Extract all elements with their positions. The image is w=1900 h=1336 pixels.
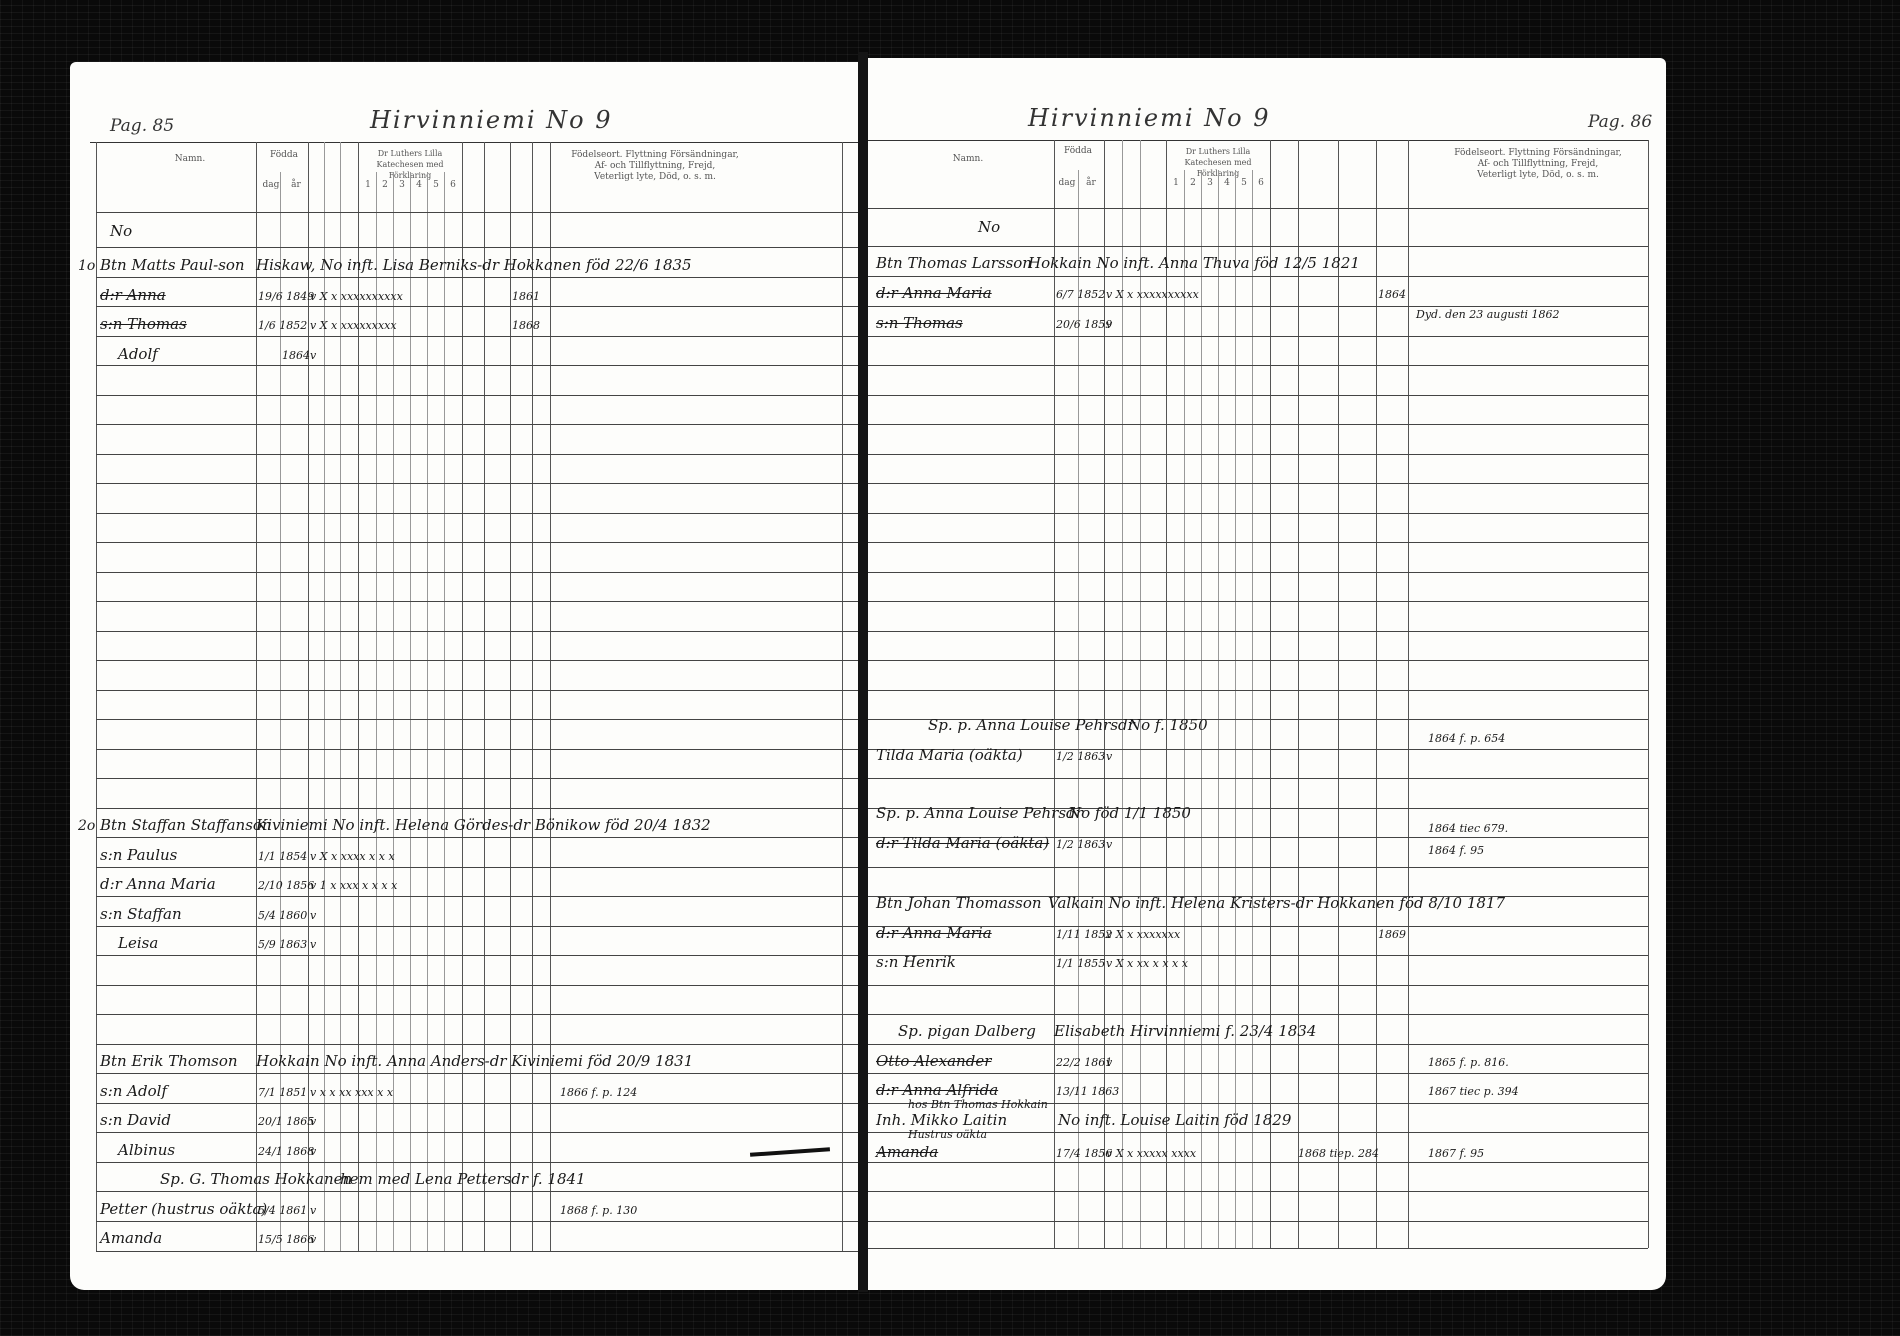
remark-note: 1864 f. p. 654 <box>1428 732 1505 745</box>
household-head-name: Btn Thomas Larsson <box>876 254 1032 272</box>
birth-date: 1/2 1863 <box>1056 750 1105 763</box>
remarks-line-2: Af- och Tillflyttning, Frejd, <box>1438 159 1638 170</box>
person-name: s:n Staffan <box>100 905 182 923</box>
reading-marks: v X x xx x x x x <box>1106 957 1188 970</box>
reading-col-3: 3 <box>394 180 410 191</box>
reading-marks: v X x xxxxx xxxx <box>1106 1147 1196 1160</box>
header-bottom-rule <box>96 212 862 213</box>
reading-marks: v <box>310 1115 316 1128</box>
reading-col-4: 4 <box>411 180 427 191</box>
remark-extra: 1868 tiep. 284 <box>1298 1147 1379 1160</box>
household-head-details: Hokkain No inft. Anna Anders-dr Kiviniem… <box>256 1052 693 1070</box>
remark-note: 1864 f. 95 <box>1428 844 1484 857</box>
birth-date: 20/1 1865 <box>258 1115 314 1128</box>
birth-date: 13/11 1863 <box>1056 1085 1119 1098</box>
col-birth-year: år <box>284 180 308 191</box>
reading-marks: v <box>1106 838 1112 851</box>
birth-date: 1/1 1855 <box>1056 957 1105 970</box>
reading-col-2: 2 <box>377 180 393 191</box>
household-head-details: Valkain No inft. Helena Kristers-dr Hokk… <box>1048 894 1505 912</box>
person-name: s:n Thomas <box>876 314 963 332</box>
year-out: 1868 <box>512 319 540 332</box>
year-out: 1864 <box>1378 288 1406 301</box>
reading-col-6: 6 <box>445 180 461 191</box>
header-rule <box>868 140 1648 141</box>
person-name: s:n Henrik <box>876 953 956 971</box>
remark-note: 1866 f. p. 124 <box>560 1086 637 1099</box>
household-head-details: Hokkain No inft. Anna Thuva föd 12/5 182… <box>1028 254 1360 272</box>
rows-label: No <box>978 218 1000 236</box>
remark-note: 1867 tiec p. 394 <box>1428 1085 1519 1098</box>
reading-marks: v 1 x xxx x x x x <box>310 879 397 892</box>
person-name: s:n Thomas <box>100 315 187 333</box>
remarks-line-3: Veterligt lyte, Död, o. s. m. <box>555 172 755 183</box>
remark-note: 1867 f. 95 <box>1428 1147 1484 1160</box>
person-name: Leisa <box>118 934 158 952</box>
person-name: s:n Adolf <box>100 1082 167 1100</box>
person-name: Adolf <box>118 345 158 363</box>
birth-date: 5/4 1860 <box>258 909 307 922</box>
birth-date: 1864 <box>282 349 310 362</box>
remark-note: 1865 f. p. 816. <box>1428 1056 1509 1069</box>
person-name: d:r Tilda Maria (oäkta) <box>876 834 1049 852</box>
birth-date: 20/6 1859 <box>1056 318 1112 331</box>
person-name: s:n Paulus <box>100 846 177 864</box>
birth-date: 5/9 1863 <box>258 938 307 951</box>
person-name: d:r Anna Maria <box>876 924 992 942</box>
remark-note: 1868 f. p. 130 <box>560 1204 637 1217</box>
col-birth-year: år <box>1080 178 1102 189</box>
reading-marks: v <box>310 1145 316 1158</box>
right-village-heading: Hirvinniemi No 9 <box>1028 104 1271 132</box>
grid-line <box>510 142 511 1252</box>
reading-col-2: 2 <box>1185 178 1201 189</box>
sub-note: hos Btn Thomas Hokkain <box>908 1098 1048 1111</box>
household-head-details: Hiskaw, No inft. Lisa Berniks-dr Hokkane… <box>256 256 692 274</box>
col-birth-day: dag <box>260 180 282 191</box>
col-birth-header: Födda <box>260 150 308 161</box>
household-head-details: Elisabeth Hirvinniemi f. 23/4 1834 <box>1054 1022 1316 1040</box>
reading-col-4: 4 <box>1219 178 1235 189</box>
reading-marks: v X x xxxxxxx <box>1106 928 1180 941</box>
grid-line <box>532 142 533 1252</box>
birth-date: 22/2 1861 <box>1056 1056 1112 1069</box>
birth-date: 5/4 1861 <box>258 1204 307 1217</box>
household-number: 2o <box>78 818 95 834</box>
reading-marks: v <box>1106 1056 1112 1069</box>
person-name: Albinus <box>118 1141 175 1159</box>
remarks-line-2: Af- och Tillflyttning, Frejd, <box>555 161 755 172</box>
right-page: Hirvinniemi No 9 Pag. 86 Namn. Födda dag… <box>868 58 1666 1290</box>
household-head-name: Btn Matts Paul-son <box>100 256 245 274</box>
birth-date: 1/1 1854 <box>258 850 307 863</box>
book-gutter <box>858 52 868 1292</box>
remarks-line-3: Veterligt lyte, Död, o. s. m. <box>1438 170 1638 181</box>
household-number: 1o <box>78 258 95 274</box>
remarks-line-1: Födelseort. Flyttning Försändningar, <box>555 150 755 161</box>
birth-date: 1/6 1852 <box>258 319 307 332</box>
reading-marks: v <box>310 349 316 362</box>
left-village-heading: Hirvinniemi No 9 <box>370 106 613 134</box>
household-head-details: No föd 1/1 1850 <box>1068 804 1191 822</box>
household-head-name: Sp. pigan Dalberg <box>898 1022 1036 1040</box>
birth-date: 6/7 1852 <box>1056 288 1105 301</box>
reading-col-3: 3 <box>1202 178 1218 189</box>
household-head-details: No inft. Louise Laitin föd 1829 <box>1058 1111 1291 1129</box>
reading-marks: v <box>1106 750 1112 763</box>
col-remarks-header: Födelseort. Flyttning Försändningar, Af-… <box>555 150 755 183</box>
header-rule <box>90 142 862 143</box>
col-birth-header: Födda <box>1056 146 1100 157</box>
household-head-details: hem med Lena Pettersdr f. 1841 <box>340 1170 586 1188</box>
col-remarks-header: Födelseort. Flyttning Försändningar, Af-… <box>1438 148 1638 181</box>
ink-scribble <box>750 1147 830 1157</box>
reading-marks: v <box>310 1233 316 1246</box>
grid-line <box>427 172 428 1252</box>
grid-line <box>550 142 551 1252</box>
grid-line <box>842 142 843 1252</box>
household-head-name: Sp. G. Thomas Hokkanen <box>160 1170 352 1188</box>
grid-line <box>393 172 394 1252</box>
col-name-header: Namn. <box>130 154 250 165</box>
person-name: Petter (hustrus oäkta) <box>100 1200 267 1218</box>
grid-line <box>410 172 411 1252</box>
reading-marks: v x x xx xxx x x <box>310 1086 393 1099</box>
left-page-number: Pag. 85 <box>110 116 174 136</box>
reading-marks: v X x xxxx x x x <box>310 850 395 863</box>
person-name: Otto Alexander <box>876 1052 991 1070</box>
grid-line <box>484 142 485 1252</box>
birth-date: 7/1 1851 <box>258 1086 307 1099</box>
left-page: Pag. 85 Hirvinniemi No 9 Namn. Födda dag… <box>70 62 862 1290</box>
person-name: Amanda <box>876 1143 938 1161</box>
grid-line <box>256 142 257 1252</box>
household-head-details: No f. 1850 <box>1128 716 1208 734</box>
reading-col-5: 5 <box>1236 178 1252 189</box>
birth-date: 1/11 1852 <box>1056 928 1112 941</box>
reading-col-1: 1 <box>360 180 376 191</box>
col-name-header: Namn. <box>908 154 1028 165</box>
person-name: Tilda Maria (oäkta) <box>876 746 1023 764</box>
grid-line <box>96 142 97 1252</box>
household-head-name: Sp. p. Anna Louise Pehrsdr <box>928 716 1135 734</box>
person-name: d:r Anna Alfrida <box>876 1081 998 1099</box>
birth-date: 15/5 1866 <box>258 1233 314 1246</box>
household-head-name: Inh. Mikko Laitin <box>876 1111 1007 1129</box>
year-out: 1869 <box>1378 928 1406 941</box>
year-out: 1861 <box>512 290 540 303</box>
col-birth-day: dag <box>1056 178 1078 189</box>
remark-note: Dyd. den 23 augusti 1862 <box>1416 308 1560 321</box>
person-name: Amanda <box>100 1229 162 1247</box>
person-name: d:r Anna <box>100 286 166 304</box>
right-page-number: Pag. 86 <box>1588 112 1652 132</box>
grid-line <box>444 172 445 1252</box>
remarks-line-1: Födelseort. Flyttning Försändningar, <box>1438 148 1638 159</box>
household-head-name: Btn Staffan Staffanson <box>100 816 272 834</box>
reading-marks: v X x xxxxxxxxxx <box>310 290 403 303</box>
birth-date: 17/4 1856 <box>1056 1147 1112 1160</box>
person-name: d:r Anna Maria <box>100 875 216 893</box>
reading-marks: v <box>310 938 316 951</box>
reading-marks: v <box>310 909 316 922</box>
person-name: s:n David <box>100 1111 171 1129</box>
birth-date: 24/1 1868 <box>258 1145 314 1158</box>
reading-col-1: 1 <box>1168 178 1184 189</box>
birth-date: 19/6 1849 <box>258 290 314 303</box>
reading-col-6: 6 <box>1253 178 1269 189</box>
household-head-name: Btn Johan Thomasson <box>876 894 1042 912</box>
reading-marks: v <box>310 1204 316 1217</box>
person-name: d:r Anna Maria <box>876 284 992 302</box>
birth-date: 2/10 1856 <box>258 879 314 892</box>
remark-note: 1864 tiec 679. <box>1428 822 1508 835</box>
reading-col-5: 5 <box>428 180 444 191</box>
reading-marks: v X x xxxxxxxxx <box>310 319 397 332</box>
household-head-name: Sp. p. Anna Louise Pehrsdr <box>876 804 1083 822</box>
grid-line <box>462 142 463 1252</box>
grid-line <box>308 142 309 1252</box>
sub-note: Hustrus oäkta <box>908 1128 987 1141</box>
reading-marks: v X x xxxxxxxxxx <box>1106 288 1199 301</box>
household-head-details: Kiviniemi No inft. Helena Gördes-dr Böni… <box>256 816 711 834</box>
rows-label: No <box>110 222 132 240</box>
reading-marks: v <box>1106 318 1112 331</box>
household-head-name: Btn Erik Thomson <box>100 1052 238 1070</box>
birth-date: 1/2 1863 <box>1056 838 1105 851</box>
